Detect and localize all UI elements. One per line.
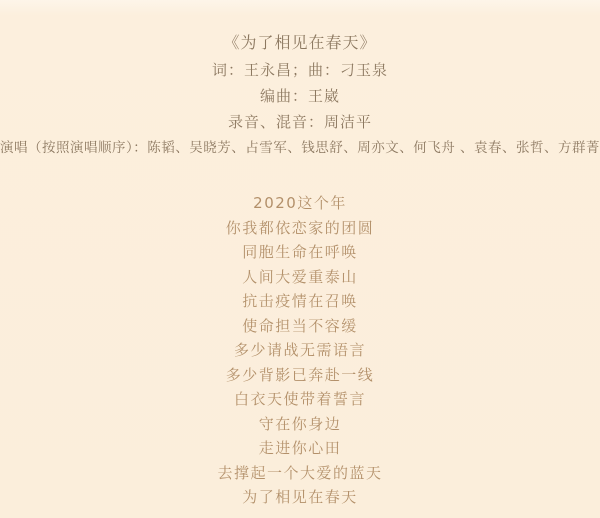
credit-arranger: 编曲：王崴 bbox=[0, 83, 600, 109]
lyric-sheet: 《为了相见在春天》 词：王永昌；曲：刁玉泉 编曲：王崴 录音、混音：周洁平 演唱… bbox=[0, 0, 600, 518]
lyric-line: 为了相见在春天 bbox=[0, 485, 600, 510]
lyric-line: 使命担当不容缓 bbox=[0, 314, 600, 339]
lyric-line: 多少请战无需语言 bbox=[0, 338, 600, 363]
lyric-line: 白衣天使带着誓言 bbox=[0, 387, 600, 412]
lyric-line: 2020这个年 bbox=[0, 191, 600, 216]
credit-lyricist-composer: 词：王永昌；曲：刁玉泉 bbox=[0, 57, 600, 83]
lyric-line: 走进你心田 bbox=[0, 436, 600, 461]
lyrics-block: 2020这个年 你我都依恋家的团圆 同胞生命在呼唤 人间大爱重泰山 抗击疫情在召… bbox=[0, 191, 600, 510]
lyric-line: 抗击疫情在召唤 bbox=[0, 289, 600, 314]
lyric-line: 你我都依恋家的团圆 bbox=[0, 216, 600, 241]
lyric-line: 同胞生命在呼唤 bbox=[0, 240, 600, 265]
lyric-line: 人间大爱重泰山 bbox=[0, 265, 600, 290]
credit-performers: 演唱（按照演唱顺序）：陈韬、吴晓芳、占雪军、钱思舒、周亦文、何飞舟 、袁春、张哲… bbox=[0, 135, 600, 162]
lyric-line: 去撑起一个大爱的蓝天 bbox=[0, 461, 600, 486]
credit-recording-mixing: 录音、混音：周洁平 bbox=[0, 109, 600, 135]
lyric-line: 守在你身边 bbox=[0, 412, 600, 437]
song-title: 《为了相见在春天》 bbox=[0, 30, 600, 56]
lyric-line: 多少背影已奔赴一线 bbox=[0, 363, 600, 388]
credits-block: 《为了相见在春天》 词：王永昌；曲：刁玉泉 编曲：王崴 录音、混音：周洁平 演唱… bbox=[0, 30, 600, 162]
